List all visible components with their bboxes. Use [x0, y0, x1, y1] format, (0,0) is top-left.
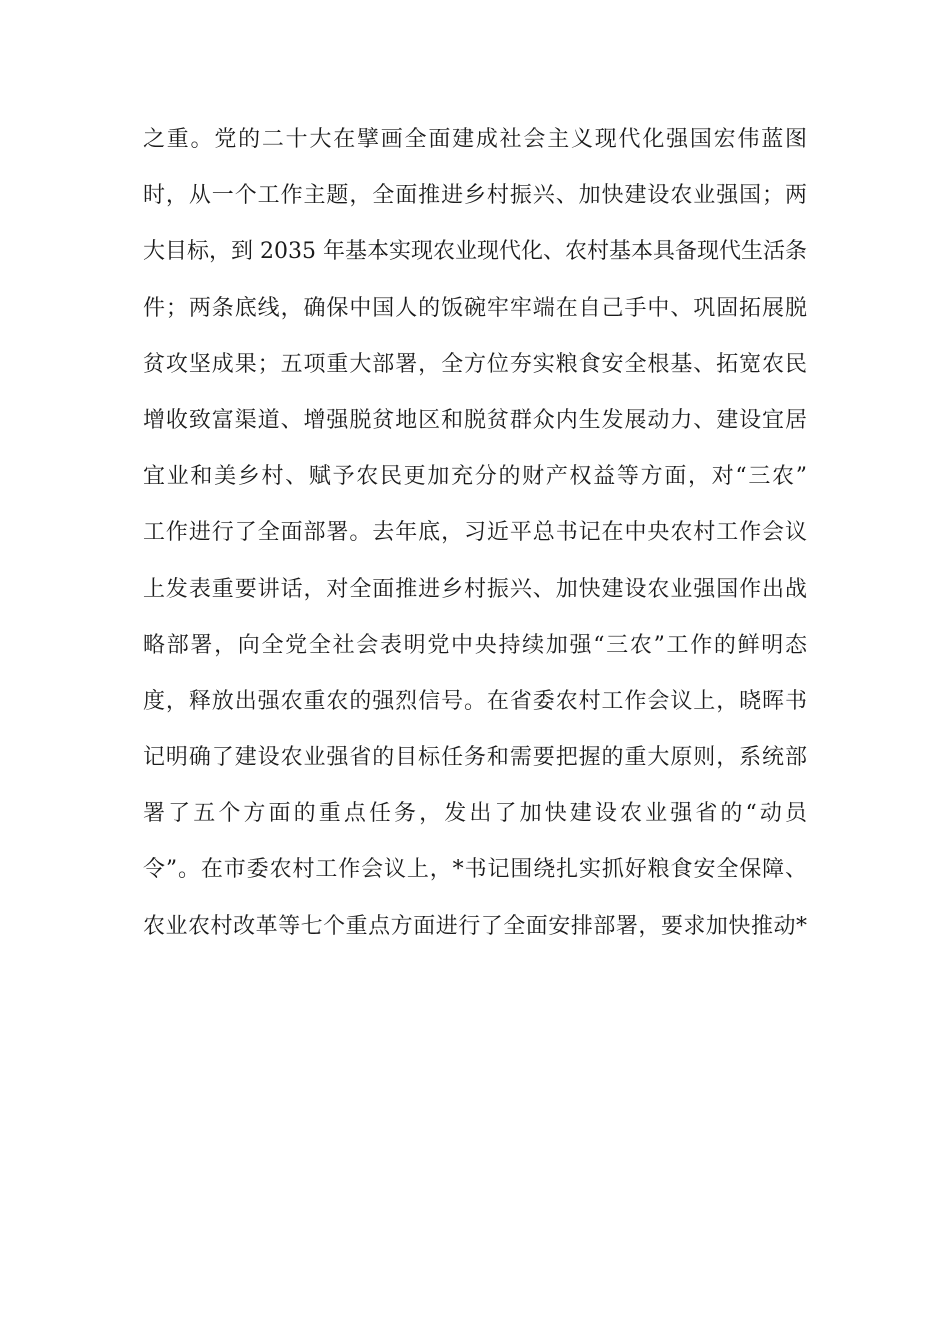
text-line: 令”。在市委农村工作会议上，*书记围绕扎实抓好粮食安全保障、 — [143, 852, 807, 908]
text-line: 增收致富渠道、增强脱贫地区和脱贫群众内生发展动力、建设宜居 — [143, 403, 807, 459]
text-line: 农业农村改革等七个重点方面进行了全面安排部署，要求加快推动* — [143, 909, 807, 965]
text-line: 时，从一个工作主题，全面推进乡村振兴、加快建设农业强国；两 — [143, 178, 807, 234]
text-line: 上发表重要讲话，对全面推进乡村振兴、加快建设农业强国作出战 — [143, 572, 807, 628]
document-page: 之重。党的二十大在擘画全面建成社会主义现代化强国宏伟蓝图 时，从一个工作主题，全… — [0, 0, 950, 1344]
text-line: 工作进行了全面部署。去年底，习近平总书记在中央农村工作会议 — [143, 515, 807, 571]
text-line: 贫攻坚成果；五项重大部署，全方位夯实粮食安全根基、拓宽农民 — [143, 347, 807, 403]
text-line: 略部署，向全党全社会表明党中央持续加强“三农”工作的鲜明态 — [143, 628, 807, 684]
text-line: 署了五个方面的重点任务，发出了加快建设农业强省的“动员 — [143, 796, 807, 852]
text-line: 度，释放出强农重农的强烈信号。在省委农村工作会议上，晓晖书 — [143, 684, 807, 740]
text-line: 大目标，到 2035 年基本实现农业现代化、农村基本具备现代生活条 — [143, 234, 807, 290]
body-paragraph: 之重。党的二十大在擘画全面建成社会主义现代化强国宏伟蓝图 时，从一个工作主题，全… — [143, 122, 807, 965]
text-line: 件；两条底线，确保中国人的饭碗牢牢端在自己手中、巩固拓展脱 — [143, 291, 807, 347]
text-line: 之重。党的二十大在擘画全面建成社会主义现代化强国宏伟蓝图 — [143, 122, 807, 178]
text-line: 记明确了建设农业强省的目标任务和需要把握的重大原则，系统部 — [143, 740, 807, 796]
text-line: 宜业和美乡村、赋予农民更加充分的财产权益等方面，对“三农” — [143, 459, 807, 515]
